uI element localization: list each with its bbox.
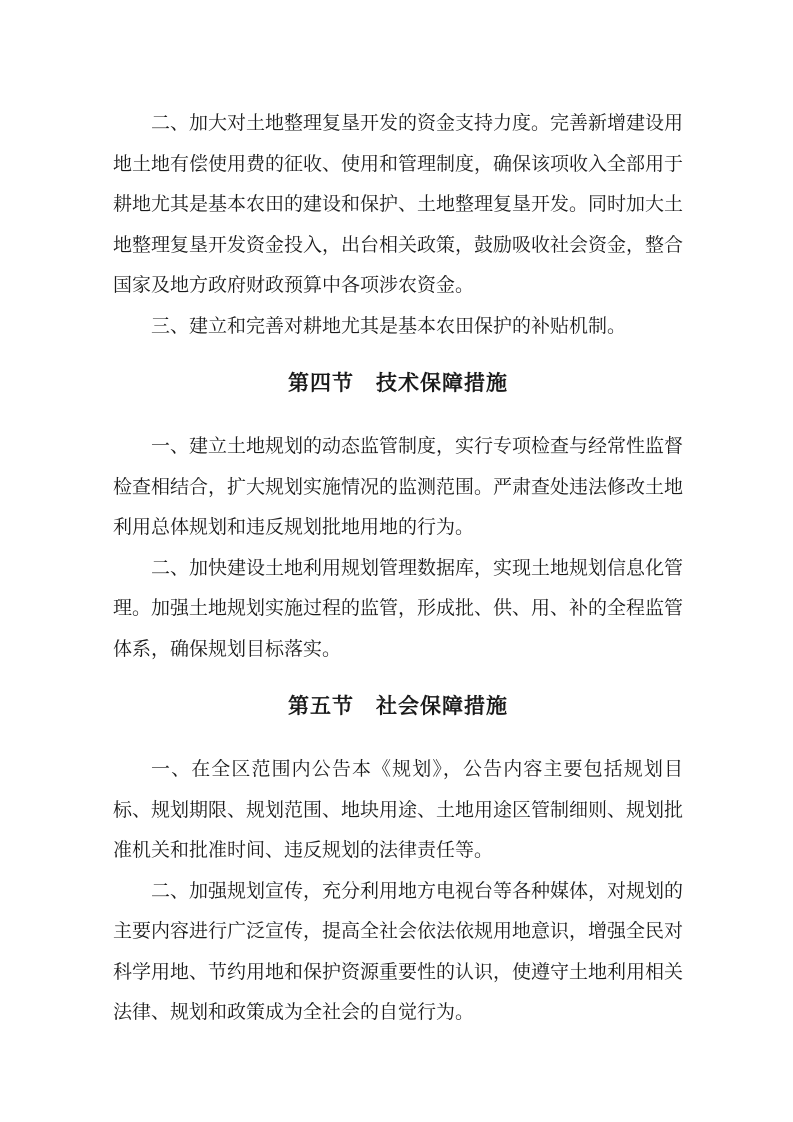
para-dynamic-supervision: 一、建立土地规划的动态监管制度，实行专项检查与经常性监督检查相结合，扩大规划实施… xyxy=(113,427,683,549)
heading-section-4: 第四节 技术保障措施 xyxy=(113,369,683,399)
para-subsidy-mechanism: 三、建立和完善对耕地尤其是基本农田保护的补贴机制。 xyxy=(113,307,683,348)
document-page: 二、加大对土地整理复垦开发的资金支持力度。完善新增建设用地土地有偿使用费的征收、… xyxy=(0,0,793,1122)
heading-section-5: 第五节 社会保障措施 xyxy=(113,692,683,722)
para-public-announcement: 一、在全区范围内公告本《规划》，公告内容主要包括规划目标、规划期限、规划范围、地… xyxy=(113,750,683,872)
para-funding-support: 二、加大对土地整理复垦开发的资金支持力度。完善新增建设用地土地有偿使用费的征收、… xyxy=(113,104,683,307)
document-content: 二、加大对土地整理复垦开发的资金支持力度。完善新增建设用地土地有偿使用费的征收、… xyxy=(113,104,683,1034)
para-planning-publicity: 二、加强规划宣传，充分利用地方电视台等各种媒体，对规划的主要内容进行广泛宣传，提… xyxy=(113,872,683,1034)
para-planning-database: 二、加快建设土地利用规划管理数据库，实现土地规划信息化管理。加强土地规划实施过程… xyxy=(113,549,683,671)
